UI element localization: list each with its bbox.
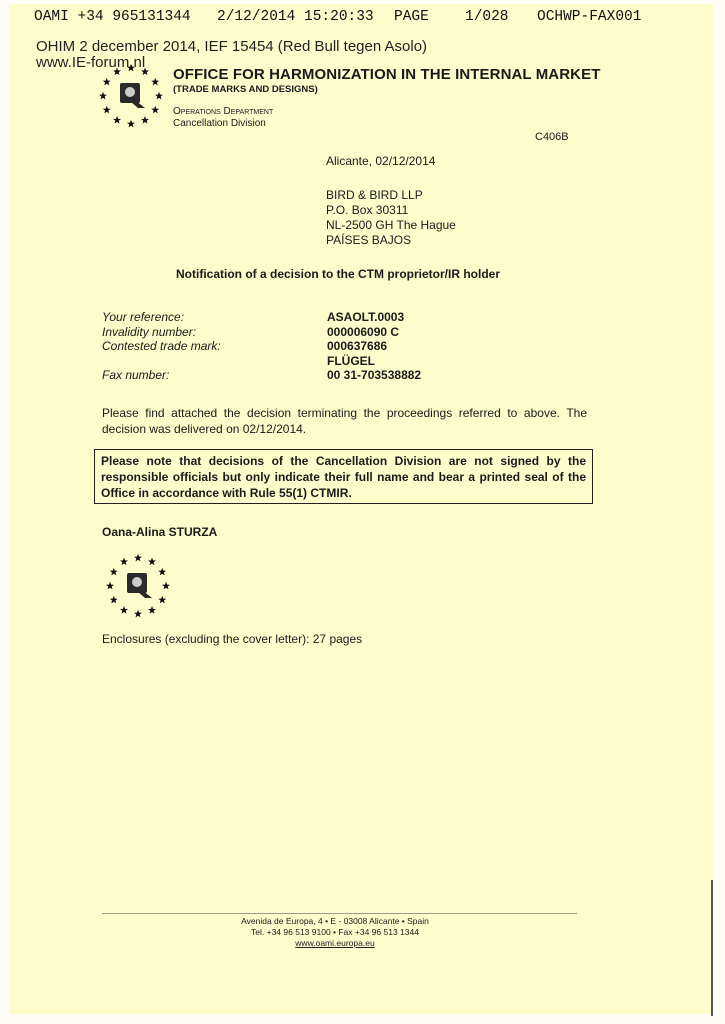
ohim-eu-stars-logo-icon	[95, 60, 167, 132]
notification-title: Notification of a decision to the CTM pr…	[176, 267, 500, 281]
fax-number-label: Fax number:	[102, 368, 169, 382]
signer-name: Oana-Alina STURZA	[102, 525, 217, 539]
organization-title: OFFICE FOR HARMONIZATION IN THE INTERNAL…	[173, 66, 600, 83]
footer-website-wrap: www.oami.europa.eu	[200, 938, 470, 948]
body-paragraph: Please find attached the decision termin…	[102, 406, 587, 437]
recipient-line-3: NL-2500 GH The Hague	[326, 218, 456, 233]
document-code: C406B	[535, 131, 569, 143]
signature-note-box: Please note that decisions of the Cancel…	[94, 449, 593, 504]
contested-trade-mark-label: Contested trade mark:	[102, 339, 221, 353]
enclosures-note: Enclosures (excluding the cover letter):…	[102, 632, 362, 646]
fax-page-number: 1/028	[465, 9, 509, 25]
department-name: Operations Department	[173, 106, 273, 117]
organization-subtitle: (TRADE MARKS AND DESIGNS)	[173, 84, 318, 95]
fax-datetime: 2/12/2014 15:20:33	[217, 9, 374, 25]
fax-sender: OAMI +34 965131344	[34, 9, 191, 25]
place-date: Alicante, 02/12/2014	[326, 154, 435, 169]
invalidity-number-label: Invalidity number:	[102, 325, 196, 339]
recipient-line-2: P.O. Box 30311	[326, 203, 408, 218]
footer-address: Avenida de Europa, 4 • E - 03008 Alicant…	[200, 916, 470, 926]
contested-trade-mark-number: 000637686	[327, 339, 387, 353]
fax-station-id: OCHWP-FAX001	[537, 9, 641, 25]
ohim-seal-logo-icon	[102, 550, 174, 622]
division-name: Cancellation Division	[173, 118, 266, 129]
contested-trade-mark-name: FLÜGEL	[327, 354, 375, 368]
your-reference-label: Your reference:	[102, 310, 184, 324]
fax-number-value: 00 31-703538882	[327, 368, 421, 382]
your-reference-value: ASAOLT.0003	[327, 310, 404, 324]
recipient-line-1: BIRD & BIRD LLP	[326, 188, 423, 203]
recipient-line-4: PAÍSES BAJOS	[326, 233, 411, 248]
invalidity-number-value: 000006090 C	[327, 325, 399, 339]
footer-phone-fax: Tel. +34 96 513 9100 • Fax +34 96 513 13…	[200, 927, 470, 937]
footer-divider	[102, 913, 577, 914]
fax-page-label: PAGE	[394, 9, 429, 25]
scan-edge-line	[711, 880, 713, 1016]
case-annotation: OHIM 2 december 2014, IEF 15454 (Red Bul…	[36, 38, 427, 55]
footer-website-link[interactable]: www.oami.europa.eu	[295, 938, 374, 948]
